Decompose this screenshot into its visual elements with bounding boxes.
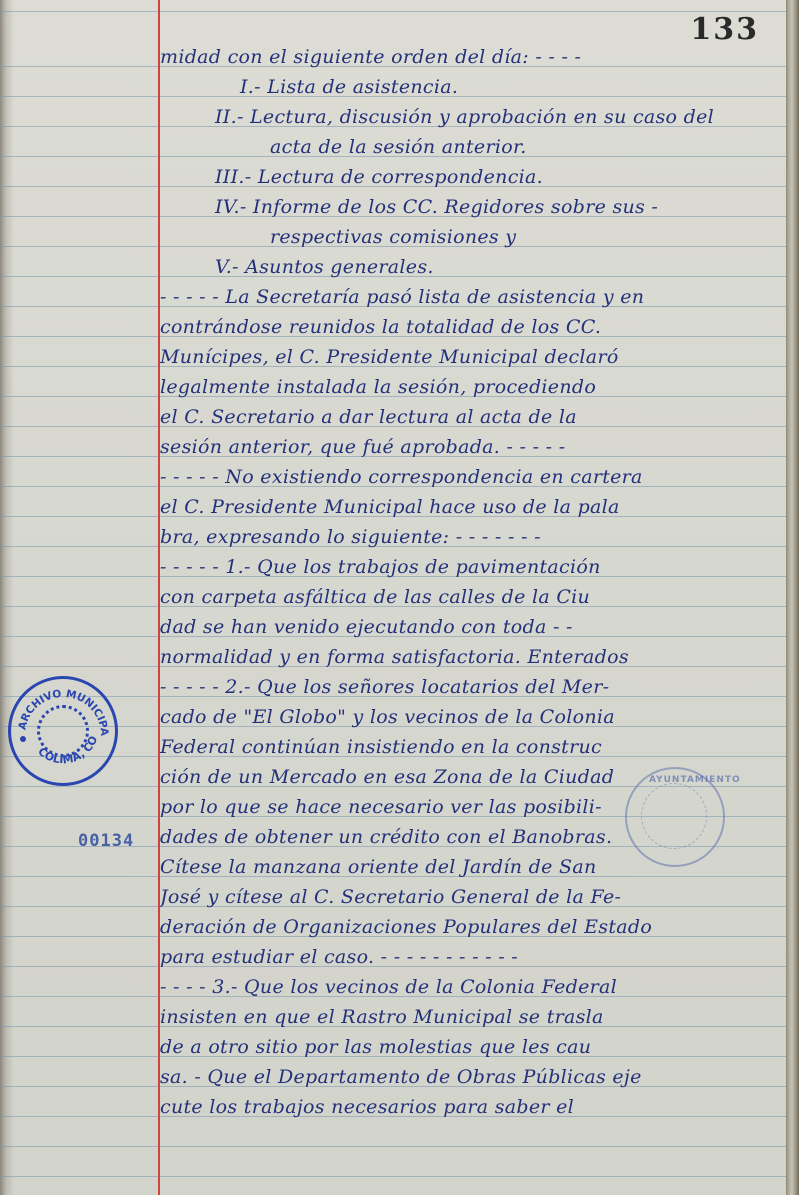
text-line: Munícipes, el C. Presidente Municipal de… (160, 342, 786, 372)
text-line: insisten en que el Rastro Municipal se t… (160, 1002, 786, 1032)
text-line: José y cítese al C. Secretario General d… (160, 882, 786, 912)
svg-text:ARCHIVO MUNICIPAL: ARCHIVO MUNICIPAL (11, 679, 110, 737)
text-line: respectivas comisiones y (160, 222, 786, 252)
text-line: legalmente instalada la sesión, procedie… (160, 372, 786, 402)
text-line: con carpeta asfáltica de las calles de l… (160, 582, 786, 612)
text-line: midad con el siguiente orden del día: - … (160, 42, 786, 72)
text-line: cado de "El Globo" y los vecinos de la C… (160, 702, 786, 732)
agenda-item-3: III.- Lectura de correspondencia. (160, 162, 786, 192)
text-line: contrándose reunidos la totalidad de los… (160, 312, 786, 342)
text-line: - - - - - No existiendo correspondencia … (160, 462, 786, 492)
ayuntamiento-stamp: AYUNTAMIENTO (625, 767, 725, 867)
text-line: - - - - - 2.- Que los señores locatarios… (160, 672, 786, 702)
archivo-municipal-stamp: ARCHIVO MUNICIPAL COLIMA, COL. (8, 676, 118, 786)
agenda-item-2: II.- Lectura, discusión y aprobación en … (160, 102, 786, 132)
text-line: deración de Organizaciones Populares del… (160, 912, 786, 942)
ledger-page: 133 midad con el siguiente orden del día… (0, 0, 799, 1195)
handwritten-minutes: midad con el siguiente orden del día: - … (160, 42, 786, 1122)
page-binding-edge (786, 0, 799, 1195)
stamp-inner-ring (641, 783, 707, 849)
stamp-text-ring: ARCHIVO MUNICIPAL COLIMA, COL. (11, 679, 115, 783)
text-line: cute los trabajos necesarios para saber … (160, 1092, 786, 1122)
stamp-top-text: ARCHIVO MUNICIPAL (11, 679, 110, 737)
agenda-item-5: V.- Asuntos generales. (160, 252, 786, 282)
text-line: el C. Secretario a dar lectura al acta d… (160, 402, 786, 432)
text-line: - - - - - 1.- Que los trabajos de pavime… (160, 552, 786, 582)
text-line: - - - - - La Secretaría pasó lista de as… (160, 282, 786, 312)
stamp-right-text: AYUNTAMIENTO (649, 775, 741, 785)
text-line: de a otro sitio por las molestias que le… (160, 1032, 786, 1062)
text-line: el C. Presidente Municipal hace uso de l… (160, 492, 786, 522)
text-line: sa. - Que el Departamento de Obras Públi… (160, 1062, 786, 1092)
folio-number: 00134 (78, 831, 134, 851)
text-line: - - - - 3.- Que los vecinos de la Coloni… (160, 972, 786, 1002)
text-line: sesión anterior, que fué aprobada. - - -… (160, 432, 786, 462)
text-line: normalidad y en forma satisfactoria. Ent… (160, 642, 786, 672)
text-line: para estudiar el caso. - - - - - - - - -… (160, 942, 786, 972)
text-line: bra, expresando lo siguiente: - - - - - … (160, 522, 786, 552)
agenda-item-1: I.- Lista de asistencia. (160, 72, 786, 102)
text-line: Federal continúan insistiendo en la cons… (160, 732, 786, 762)
text-line: dad se han venido ejecutando con toda - … (160, 612, 786, 642)
text-line: acta de la sesión anterior. (160, 132, 786, 162)
agenda-item-4: IV.- Informe de los CC. Regidores sobre … (160, 192, 786, 222)
